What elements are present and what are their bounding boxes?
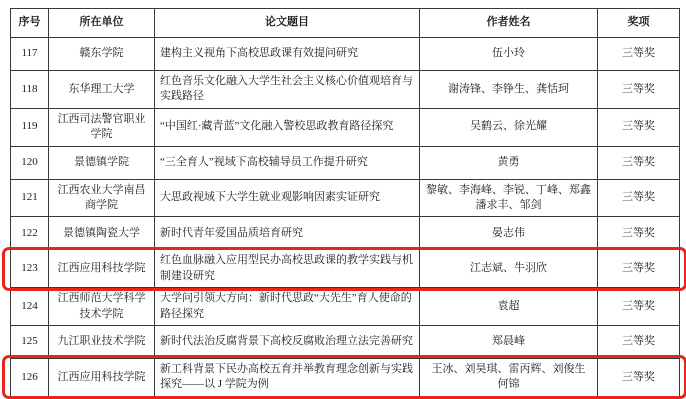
document-page: 序号 所在单位 论文题目 作者姓名 奖项 117 赣东学院 建构主义视角下高校思… [10,8,679,387]
cell-award: 三等奖 [598,288,680,326]
cell-award: 三等奖 [598,358,680,387]
awards-table: 序号 所在单位 论文题目 作者姓名 奖项 117 赣东学院 建构主义视角下高校思… [10,8,680,387]
table-row: 125 九江职业技术学院 新时代法治反腐背景下高校反腐败治理立法完善研究 郑晨峰… [11,325,680,358]
cell-paper-title: 新工科背景下民办高校五育并举教育理念创新与实践探究——以 J 学院为例 [155,358,420,387]
cell-authors: 黄勇 [420,146,598,179]
cell-award: 三等奖 [598,146,680,179]
table-row: 117 赣东学院 建构主义视角下高校思政课有效提问研究 伍小玲 三等奖 [11,38,680,71]
header-row: 序号 所在单位 论文题目 作者姓名 奖项 [11,9,680,38]
cell-award: 三等奖 [598,217,680,250]
cell-paper-title: 大学问引领大方向：新时代思政“大先生”育人使命的路径探究 [155,288,420,326]
cell-authors: 王冰、刘昊琪、雷丙辉、刘俊生 何锦 [420,358,598,387]
cell-authors: 黎敏、李海峰、李锐、丁峰、郑鑫 潘求丰、邹剑 [420,179,598,217]
cell-award: 三等奖 [598,250,680,288]
header-serial-number: 序号 [11,9,49,38]
table-row: 119 江西司法警官职业学院 “中国红·藏青蓝”文化融入警校思政教育路径探究 吴… [11,108,680,146]
cell-paper-title: “中国红·藏青蓝”文化融入警校思政教育路径探究 [155,108,420,146]
cell-paper-title: 新时代法治反腐背景下高校反腐败治理立法完善研究 [155,325,420,358]
cell-unit: 江西司法警官职业学院 [49,108,155,146]
cell-serial-number: 125 [11,325,49,358]
cell-serial-number: 119 [11,108,49,146]
table-row: 120 景德镇学院 “三全育人”视域下高校辅导员工作提升研究 黄勇 三等奖 [11,146,680,179]
cell-unit: 江西应用科技学院 [49,358,155,387]
cell-authors: 郑晨峰 [420,325,598,358]
cell-award: 三等奖 [598,71,680,109]
cell-paper-title: 建构主义视角下高校思政课有效提问研究 [155,38,420,71]
cell-paper-title: 红色音乐文化融入大学生社会主义核心价值观培育与实践路径 [155,71,420,109]
cell-award: 三等奖 [598,108,680,146]
cell-authors: 谢涛锋、李铮生、龚恬珂 [420,71,598,109]
cell-unit: 景德镇陶瓷大学 [49,217,155,250]
cell-paper-title: 大思政视域下大学生就业观影响因素实证研究 [155,179,420,217]
cell-award: 三等奖 [598,179,680,217]
cell-serial-number: 122 [11,217,49,250]
cell-award: 三等奖 [598,38,680,71]
cell-unit: 江西师范大学科学技术学院 [49,288,155,326]
cell-authors: 晏志伟 [420,217,598,250]
cell-paper-title: 红色血脉融入应用型民办高校思政课的教学实践与机制建设研究 [155,250,420,288]
cell-unit: 九江职业技术学院 [49,325,155,358]
table-row: 126 江西应用科技学院 新工科背景下民办高校五育并举教育理念创新与实践探究——… [11,358,680,387]
cell-paper-title: “三全育人”视域下高校辅导员工作提升研究 [155,146,420,179]
cell-serial-number: 118 [11,71,49,109]
cell-authors: 江志斌、牛羽欣 [420,250,598,288]
table-row: 122 景德镇陶瓷大学 新时代青年爱国品质培育研究 晏志伟 三等奖 [11,217,680,250]
cell-award: 三等奖 [598,325,680,358]
cell-authors: 吴鹤云、徐光耀 [420,108,598,146]
header-paper-title: 论文题目 [155,9,420,38]
header-award: 奖项 [598,9,680,38]
cell-serial-number: 117 [11,38,49,71]
table-row: 123 江西应用科技学院 红色血脉融入应用型民办高校思政课的教学实践与机制建设研… [11,250,680,288]
cell-authors: 伍小玲 [420,38,598,71]
cell-unit: 江西应用科技学院 [49,250,155,288]
cell-serial-number: 124 [11,288,49,326]
table-row: 118 东华理工大学 红色音乐文化融入大学生社会主义核心价值观培育与实践路径 谢… [11,71,680,109]
header-unit: 所在单位 [49,9,155,38]
cell-unit: 赣东学院 [49,38,155,71]
cell-serial-number: 126 [11,358,49,387]
cell-paper-title: 新时代青年爱国品质培育研究 [155,217,420,250]
header-authors: 作者姓名 [420,9,598,38]
cell-serial-number: 120 [11,146,49,179]
table-row: 124 江西师范大学科学技术学院 大学问引领大方向：新时代思政“大先生”育人使命… [11,288,680,326]
cell-unit: 江西农业大学南昌商学院 [49,179,155,217]
cell-unit: 东华理工大学 [49,71,155,109]
cell-serial-number: 123 [11,250,49,288]
table-row: 121 江西农业大学南昌商学院 大思政视域下大学生就业观影响因素实证研究 黎敏、… [11,179,680,217]
cell-unit: 景德镇学院 [49,146,155,179]
cell-serial-number: 121 [11,179,49,217]
cell-authors: 袁超 [420,288,598,326]
